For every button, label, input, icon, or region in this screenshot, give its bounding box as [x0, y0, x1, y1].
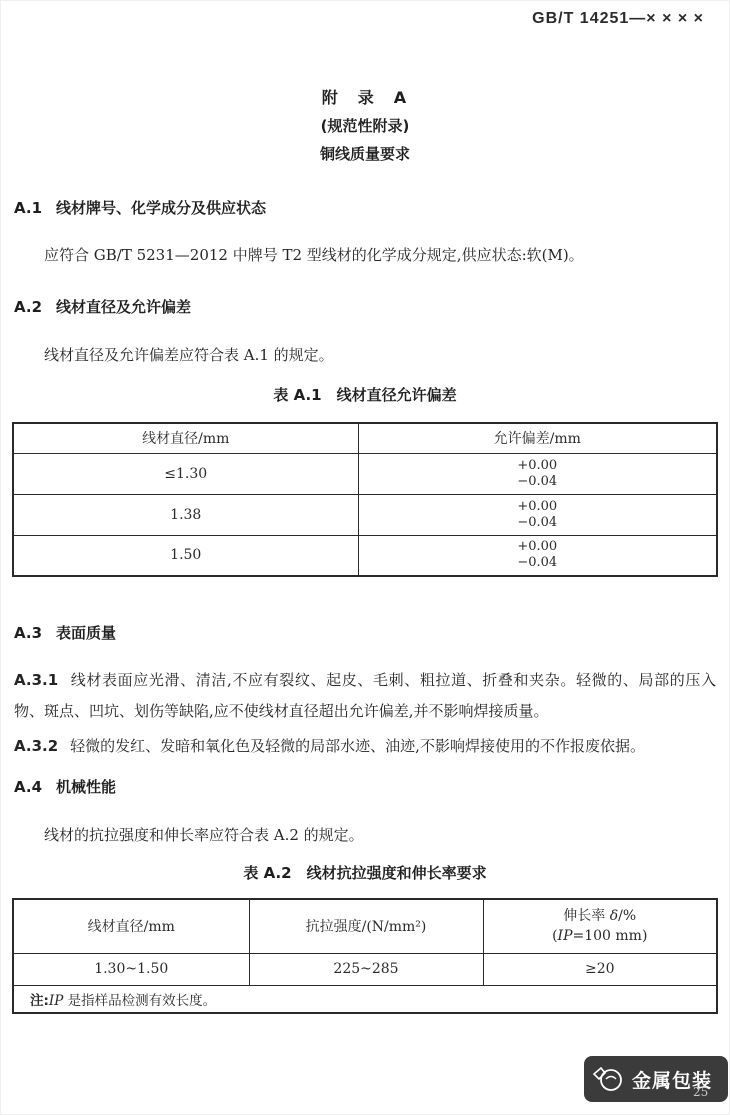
tolerance-upper: +0.00 [359, 499, 717, 515]
note-label: 注: [30, 993, 49, 1009]
table-a2-col3-header: 伸长率 δ/% (IP=100 mm) [483, 899, 717, 953]
table-a2-diameter-cell: 1.30~1.50 [13, 953, 249, 985]
table-a2-col2-header: 抗拉强度/(N/mm²) [249, 899, 483, 953]
section-a2-title: 线材直径及允许偏差 [56, 298, 191, 316]
section-a4-paragraph: 线材的抗拉强度和伸长率应符合表 A.2 的规定。 [14, 820, 716, 851]
section-a4-number: A.4 [14, 778, 42, 796]
table-a2-tensile-cell: 225~285 [249, 953, 483, 985]
appendix-title: 附 录 A [0, 84, 730, 112]
elongation-header-line2: (IP=100 mm) [484, 926, 717, 946]
table-a1-col2-header: 允许偏差/mm [358, 423, 717, 453]
table-a1-header-row: 线材直径/mm 允许偏差/mm [13, 423, 717, 453]
document-page: { "header": { "standard_code": "GB/T 142… [0, 0, 730, 1115]
section-a3-heading: A.3表面质量 [14, 622, 716, 643]
appendix-subject: 铜线质量要求 [0, 140, 730, 168]
standard-code: GB/T 14251—× × × × [532, 10, 704, 28]
section-a4-title: 机械性能 [56, 778, 116, 796]
table-a1-diameter-cell: 1.38 [13, 494, 358, 535]
clause-a31-paragraph: A.3.1线材表面应光滑、清洁,不应有裂纹、起皮、毛刺、粗拉道、折叠和夹杂。轻微… [14, 665, 716, 727]
appendix-title-block: 附 录 A (规范性附录) 铜线质量要求 [0, 84, 730, 168]
section-a1-paragraph: 应符合 GB/T 5231—2012 中牌号 T2 型线材的化学成分规定,供应状… [14, 240, 716, 271]
section-a3-number: A.3 [14, 624, 42, 642]
section-a1-title: 线材牌号、化学成分及供应状态 [56, 199, 266, 217]
tolerance-lower: −0.04 [359, 474, 717, 490]
table-a2-col1-header: 线材直径/mm [13, 899, 249, 953]
note-ip-symbol: IP [49, 993, 63, 1009]
page-number: 25 [693, 1085, 708, 1099]
section-a2-number: A.2 [14, 298, 42, 316]
clause-a32-text: 轻微的发红、发暗和氧化色及轻微的局部水迹、油迹,不影响焊接使用的不作报废依据。 [70, 737, 645, 755]
tolerance-upper: +0.00 [359, 539, 717, 555]
clause-a32-paragraph: A.3.2轻微的发红、发暗和氧化色及轻微的局部水迹、油迹,不影响焊接使用的不作报… [14, 731, 716, 762]
tolerance-upper: +0.00 [359, 458, 717, 474]
table-a1-tolerance-cell: +0.00 −0.04 [358, 494, 717, 535]
section-a2-paragraph: 线材直径及允许偏差应符合表 A.1 的规定。 [14, 340, 716, 371]
table-a1: 线材直径/mm 允许偏差/mm ≤1.30 +0.00 −0.04 1.38 +… [12, 422, 718, 577]
ip-symbol: IP [558, 928, 573, 944]
brand-logo-icon [591, 1064, 627, 1094]
table-a2-note-row: 注:IP 是指样品检测有效长度。 [13, 985, 717, 1013]
section-a4-heading: A.4机械性能 [14, 776, 716, 797]
table-a1-caption: 表 A.1 线材直径允许偏差 [0, 384, 730, 405]
section-a3-title: 表面质量 [56, 624, 116, 642]
table-row: 1.38 +0.00 −0.04 [13, 494, 717, 535]
table-a2-note-cell: 注:IP 是指样品检测有效长度。 [13, 985, 717, 1013]
table-a1-tolerance-cell: +0.00 −0.04 [358, 535, 717, 576]
table-a2-caption: 表 A.2 线材抗拉强度和伸长率要求 [0, 862, 730, 883]
tolerance-lower: −0.04 [359, 555, 717, 571]
table-row: 1.50 +0.00 −0.04 [13, 535, 717, 576]
elongation-header-line1: 伸长率 δ/% [484, 906, 717, 926]
section-a1-number: A.1 [14, 199, 42, 217]
table-row: ≤1.30 +0.00 −0.04 [13, 453, 717, 494]
table-a2-header-row: 线材直径/mm 抗拉强度/(N/mm²) 伸长率 δ/% (IP=100 mm) [13, 899, 717, 953]
table-a2: 线材直径/mm 抗拉强度/(N/mm²) 伸长率 δ/% (IP=100 mm)… [12, 898, 718, 1014]
table-a1-diameter-cell: 1.50 [13, 535, 358, 576]
table-a1-tolerance-cell: +0.00 −0.04 [358, 453, 717, 494]
table-a2-elongation-cell: ≥20 [483, 953, 717, 985]
note-text: 是指样品检测有效长度。 [63, 993, 216, 1009]
clause-a31-text: 线材表面应光滑、清洁,不应有裂纹、起皮、毛刺、粗拉道、折叠和夹杂。轻微的、局部的… [14, 671, 716, 720]
table-row: 1.30~1.50 225~285 ≥20 [13, 953, 717, 985]
clause-a32-number: A.3.2 [14, 737, 58, 755]
section-a2-heading: A.2线材直径及允许偏差 [14, 296, 716, 317]
section-a1-heading: A.1线材牌号、化学成分及供应状态 [14, 197, 716, 218]
table-a1-diameter-cell: ≤1.30 [13, 453, 358, 494]
clause-a31-number: A.3.1 [14, 671, 58, 689]
delta-symbol: δ [610, 908, 618, 924]
tolerance-lower: −0.04 [359, 515, 717, 531]
appendix-type: (规范性附录) [0, 112, 730, 140]
table-a1-col1-header: 线材直径/mm [13, 423, 358, 453]
